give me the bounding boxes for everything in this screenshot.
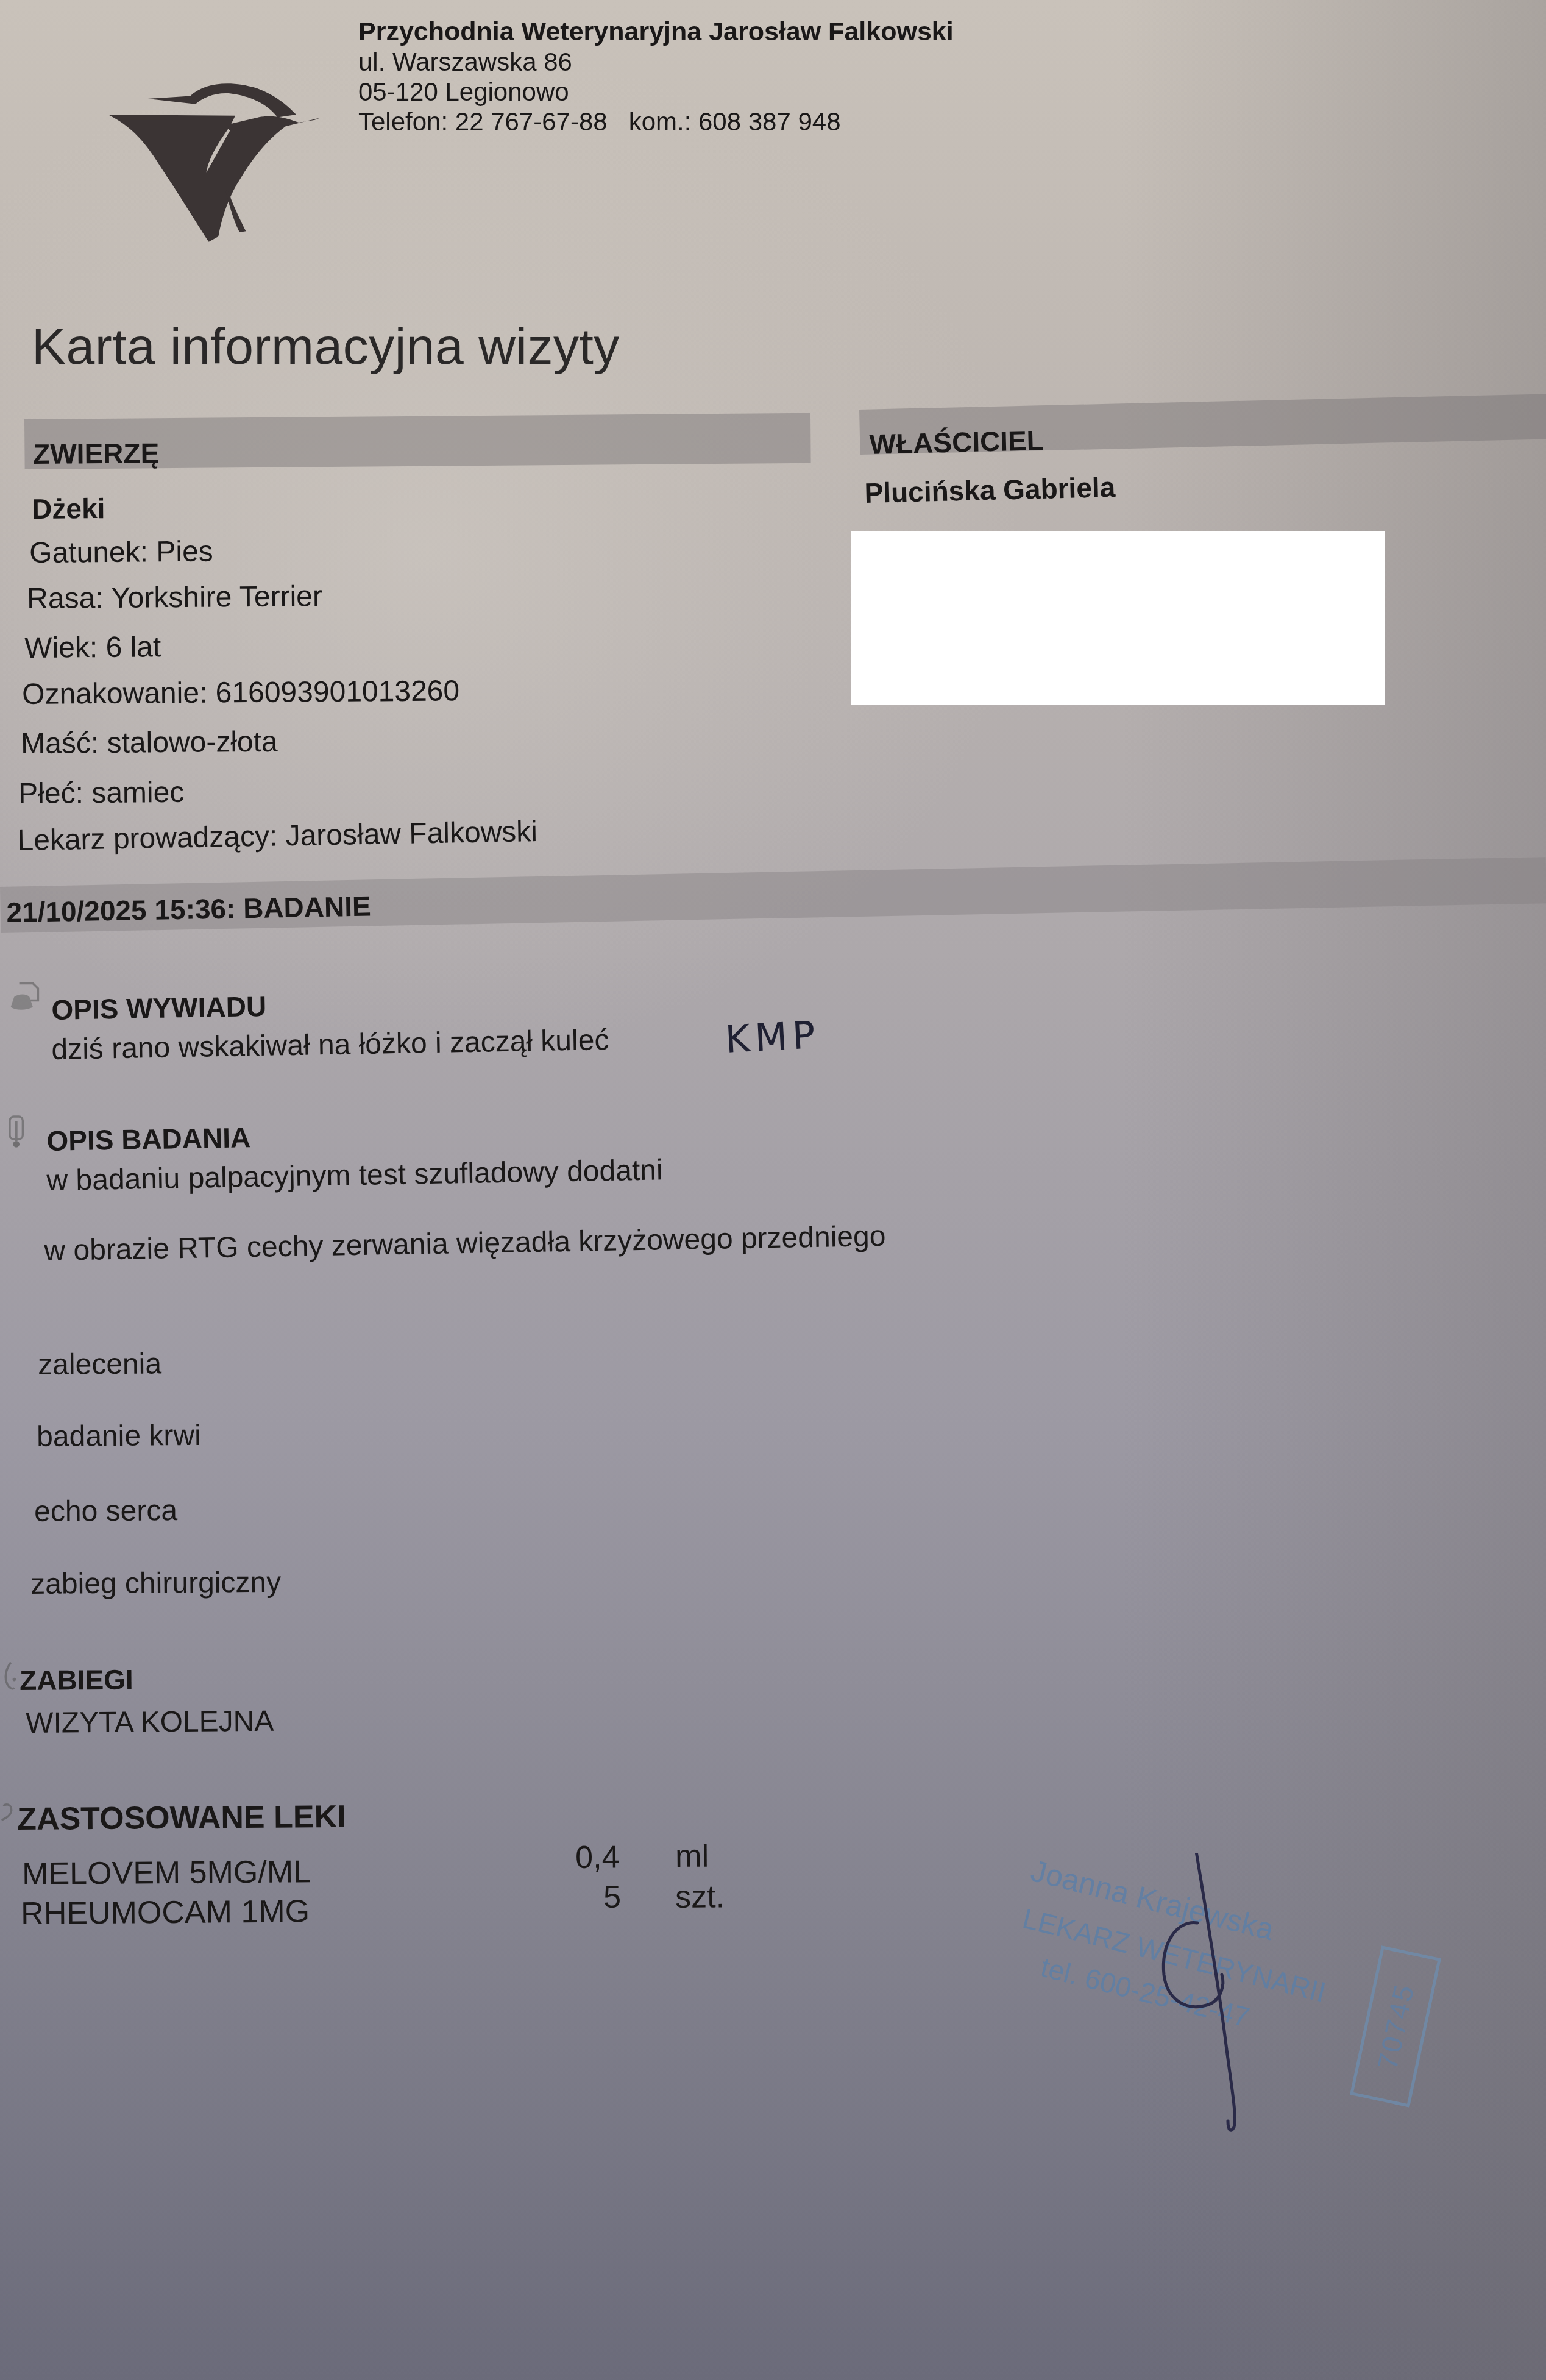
interview-icon	[6, 978, 43, 1021]
examination-line-2: w obrazie RTG cechy zerwania więzadła kr…	[44, 1220, 886, 1268]
clinic-info: Przychodnia Weterynaryjna Jarosław Falko…	[358, 17, 954, 137]
animal-name: Dżeki	[32, 492, 105, 525]
interview-text: dziś rano wskakiwał na łóżko i zaczął ku…	[51, 1023, 609, 1067]
clinic-city: 05-120 Legionowo	[358, 77, 954, 107]
examination-header: OPIS BADANIA	[46, 1121, 251, 1157]
stamp-license-number: 70745	[1370, 1980, 1421, 2072]
document-title: Karta informacyjna wizyty	[32, 317, 620, 376]
medication-quantity: 5	[603, 1879, 621, 1916]
examination-line-1: w badaniu palpacyjnym test szufladowy do…	[46, 1153, 663, 1198]
animal-age: Wiek: 6 lat	[24, 630, 161, 665]
clinic-phone: Telefon: 22 767-67-88 kom.: 608 387 948	[358, 107, 954, 137]
medications-header: ZASTOSOWANE LEKI	[17, 1799, 346, 1838]
owner-name: Plucińska Gabriela	[864, 471, 1116, 510]
stamp-license-box: 70745	[1350, 1945, 1441, 2107]
procedure-item: WIZYTA KOLEJNA	[26, 1705, 274, 1740]
animal-coat: Maść: stalowo-złota	[21, 725, 278, 761]
recommendation-item: echo serca	[34, 1494, 177, 1529]
procedures-icon	[0, 1659, 18, 1702]
owner-section-header: WŁAŚCICIEL	[869, 424, 1044, 461]
medication-name: MELOVEM 5MG/ML	[22, 1853, 311, 1892]
medications-icon	[0, 1798, 16, 1841]
clinic-name: Przychodnia Weterynaryjna Jarosław Falko…	[358, 17, 954, 47]
medication-unit: szt.	[675, 1878, 725, 1916]
medication-unit: ml	[675, 1838, 709, 1875]
procedures-header: ZABIEGI	[20, 1663, 133, 1697]
redacted-owner-address	[851, 531, 1385, 705]
visit-header: 21/10/2025 15:36: BADANIE	[6, 890, 371, 929]
examination-icon	[5, 1112, 29, 1155]
recommendation-item: zabieg chirurgiczny	[30, 1566, 281, 1601]
attending-vet: Lekarz prowadzący: Jarosław Falkowski	[17, 815, 537, 858]
animal-species: Gatunek: Pies	[29, 535, 213, 570]
recommendation-item: badanie krwi	[37, 1419, 201, 1454]
recommendations-label: zalecenia	[38, 1347, 161, 1382]
clinic-street: ul. Warszawska 86	[358, 47, 954, 77]
handwritten-note: KMP	[724, 1012, 821, 1062]
medication-name: RHEUMOCAM 1MG	[21, 1893, 310, 1932]
interview-header: OPIS WYWIADU	[51, 990, 267, 1026]
vet-logo-icon	[98, 64, 341, 271]
medication-quantity: 0,4	[575, 1839, 620, 1876]
animal-sex: Płeć: samiec	[18, 776, 185, 811]
animal-microchip: Oznakowanie: 616093901013260	[22, 674, 459, 711]
animal-section-header: ZWIERZĘ	[33, 436, 159, 471]
vet-stamp: Joanna Krajewska LEKARZ WETERYNARII tel.…	[1024, 1853, 1450, 2109]
animal-breed: Rasa: Yorkshire Terrier	[27, 580, 322, 616]
